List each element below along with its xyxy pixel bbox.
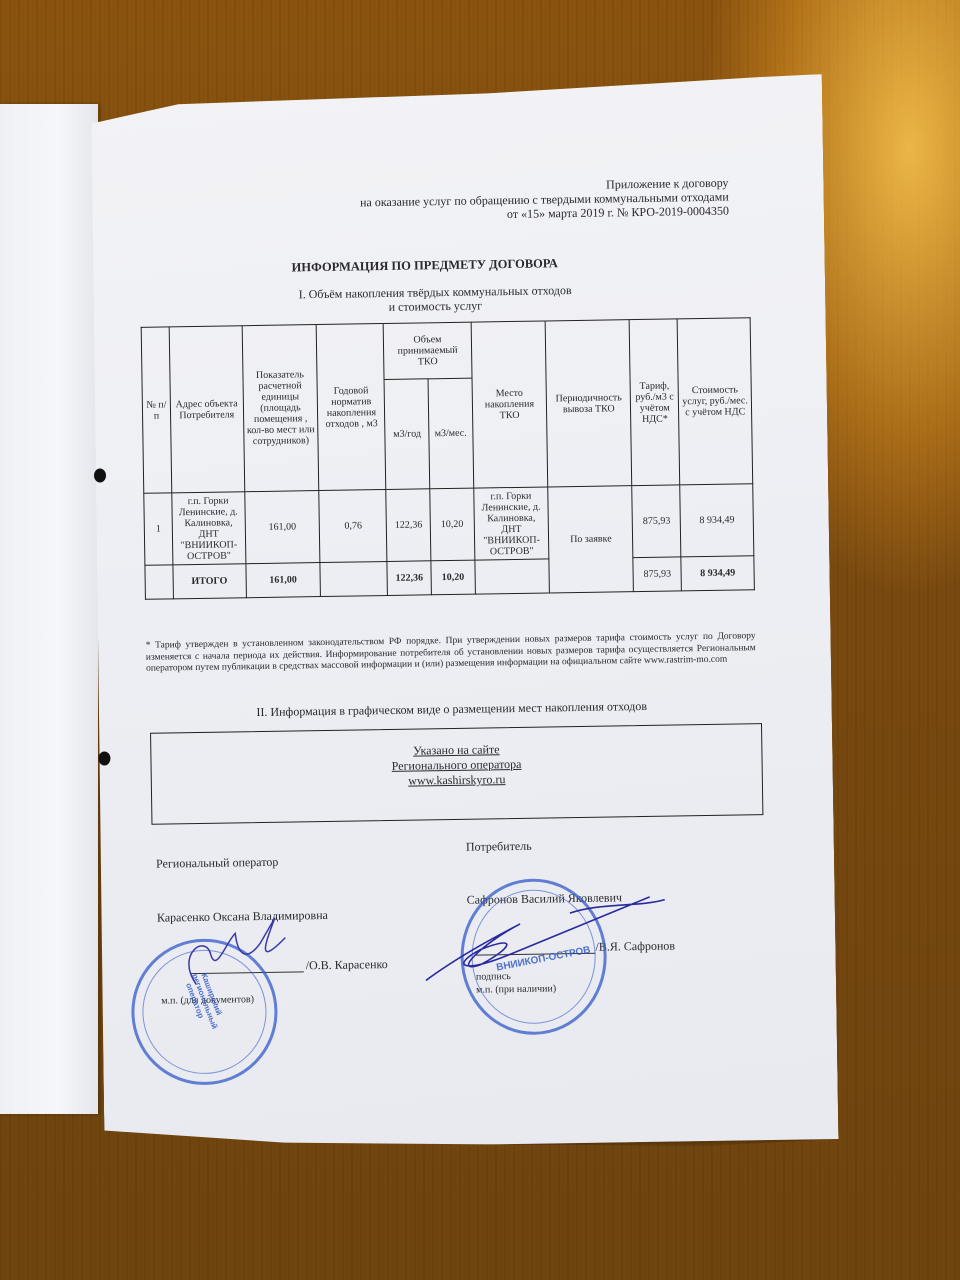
cell-indicator: 161,00 bbox=[244, 491, 320, 564]
total-indicator: 161,00 bbox=[245, 563, 320, 598]
consumer-signature bbox=[420, 892, 672, 996]
total-volume-year: 122,36 bbox=[387, 561, 431, 596]
section1-title: I. Объём накопления твёрдых коммунальных… bbox=[245, 282, 625, 316]
table-row: 1 г.п. Горки Ленинские, д. Калиновка, ДН… bbox=[144, 484, 754, 566]
total-label: ИТОГО bbox=[173, 564, 246, 599]
cell-empty bbox=[145, 565, 173, 599]
col-volume-group: Объем принимаемый ТКО bbox=[384, 322, 472, 379]
binder-hole bbox=[94, 468, 106, 482]
waste-volume-table: № п/п Адрес объекта Потребителя Показате… bbox=[141, 317, 755, 600]
cell-volume-year: 122,36 bbox=[386, 489, 431, 562]
total-volume-month: 10,20 bbox=[431, 560, 475, 595]
binder-hole bbox=[98, 751, 110, 765]
col-frequency: Периодичность вывоза ТКО bbox=[546, 320, 632, 487]
cell-address: г.п. Горки Ленинские, д. Калиновка, ДНТ … bbox=[172, 492, 246, 565]
cell-volume-month: 10,20 bbox=[430, 488, 475, 561]
col-place: Место накопления ТКО bbox=[471, 321, 548, 488]
cell-place: г.п. Горки Ленинские, д. Калиновка, ДНТ … bbox=[473, 487, 549, 560]
document-sheet: Приложение к договору на оказание услуг … bbox=[0, 0, 960, 1280]
total-tariff: 875,93 bbox=[633, 557, 682, 592]
col-num: № п/п bbox=[141, 327, 172, 493]
operator-role: Региональный оператор bbox=[156, 855, 278, 871]
consumer-role: Потребитель bbox=[466, 839, 532, 854]
appendix-header: Приложение к договору на оказание услуг … bbox=[323, 176, 729, 224]
cell-norm: 0,76 bbox=[319, 489, 387, 562]
col-norm: Годовой норматив накопления отходов , м3 bbox=[317, 324, 387, 491]
cell-num: 1 bbox=[144, 493, 173, 565]
col-volume-year: м3/год bbox=[384, 379, 429, 490]
cell-cost: 8 934,49 bbox=[680, 484, 754, 557]
cell-empty bbox=[320, 561, 388, 596]
col-indicator: Показатель расчетной единицы (площадь по… bbox=[242, 325, 319, 492]
cell-frequency: По заявке bbox=[548, 486, 633, 593]
cell-tariff: 875,93 bbox=[632, 485, 681, 558]
col-address: Адрес объекта Потребителя bbox=[169, 326, 244, 493]
table-header-row: № п/п Адрес объекта Потребителя Показате… bbox=[141, 318, 751, 384]
col-volume-month: м3/мес. bbox=[428, 378, 473, 489]
total-cost: 8 934,49 bbox=[681, 556, 754, 591]
map-info-box: Указано на сайте Регионального оператора… bbox=[150, 723, 763, 825]
cell-empty bbox=[474, 559, 549, 594]
operator-signature bbox=[165, 912, 326, 1005]
col-tariff: Тариф, руб./м3 с учётом НДС* bbox=[629, 319, 680, 486]
col-cost: Стоимость услуг, руб./мес. с учётом НДС bbox=[677, 318, 752, 485]
